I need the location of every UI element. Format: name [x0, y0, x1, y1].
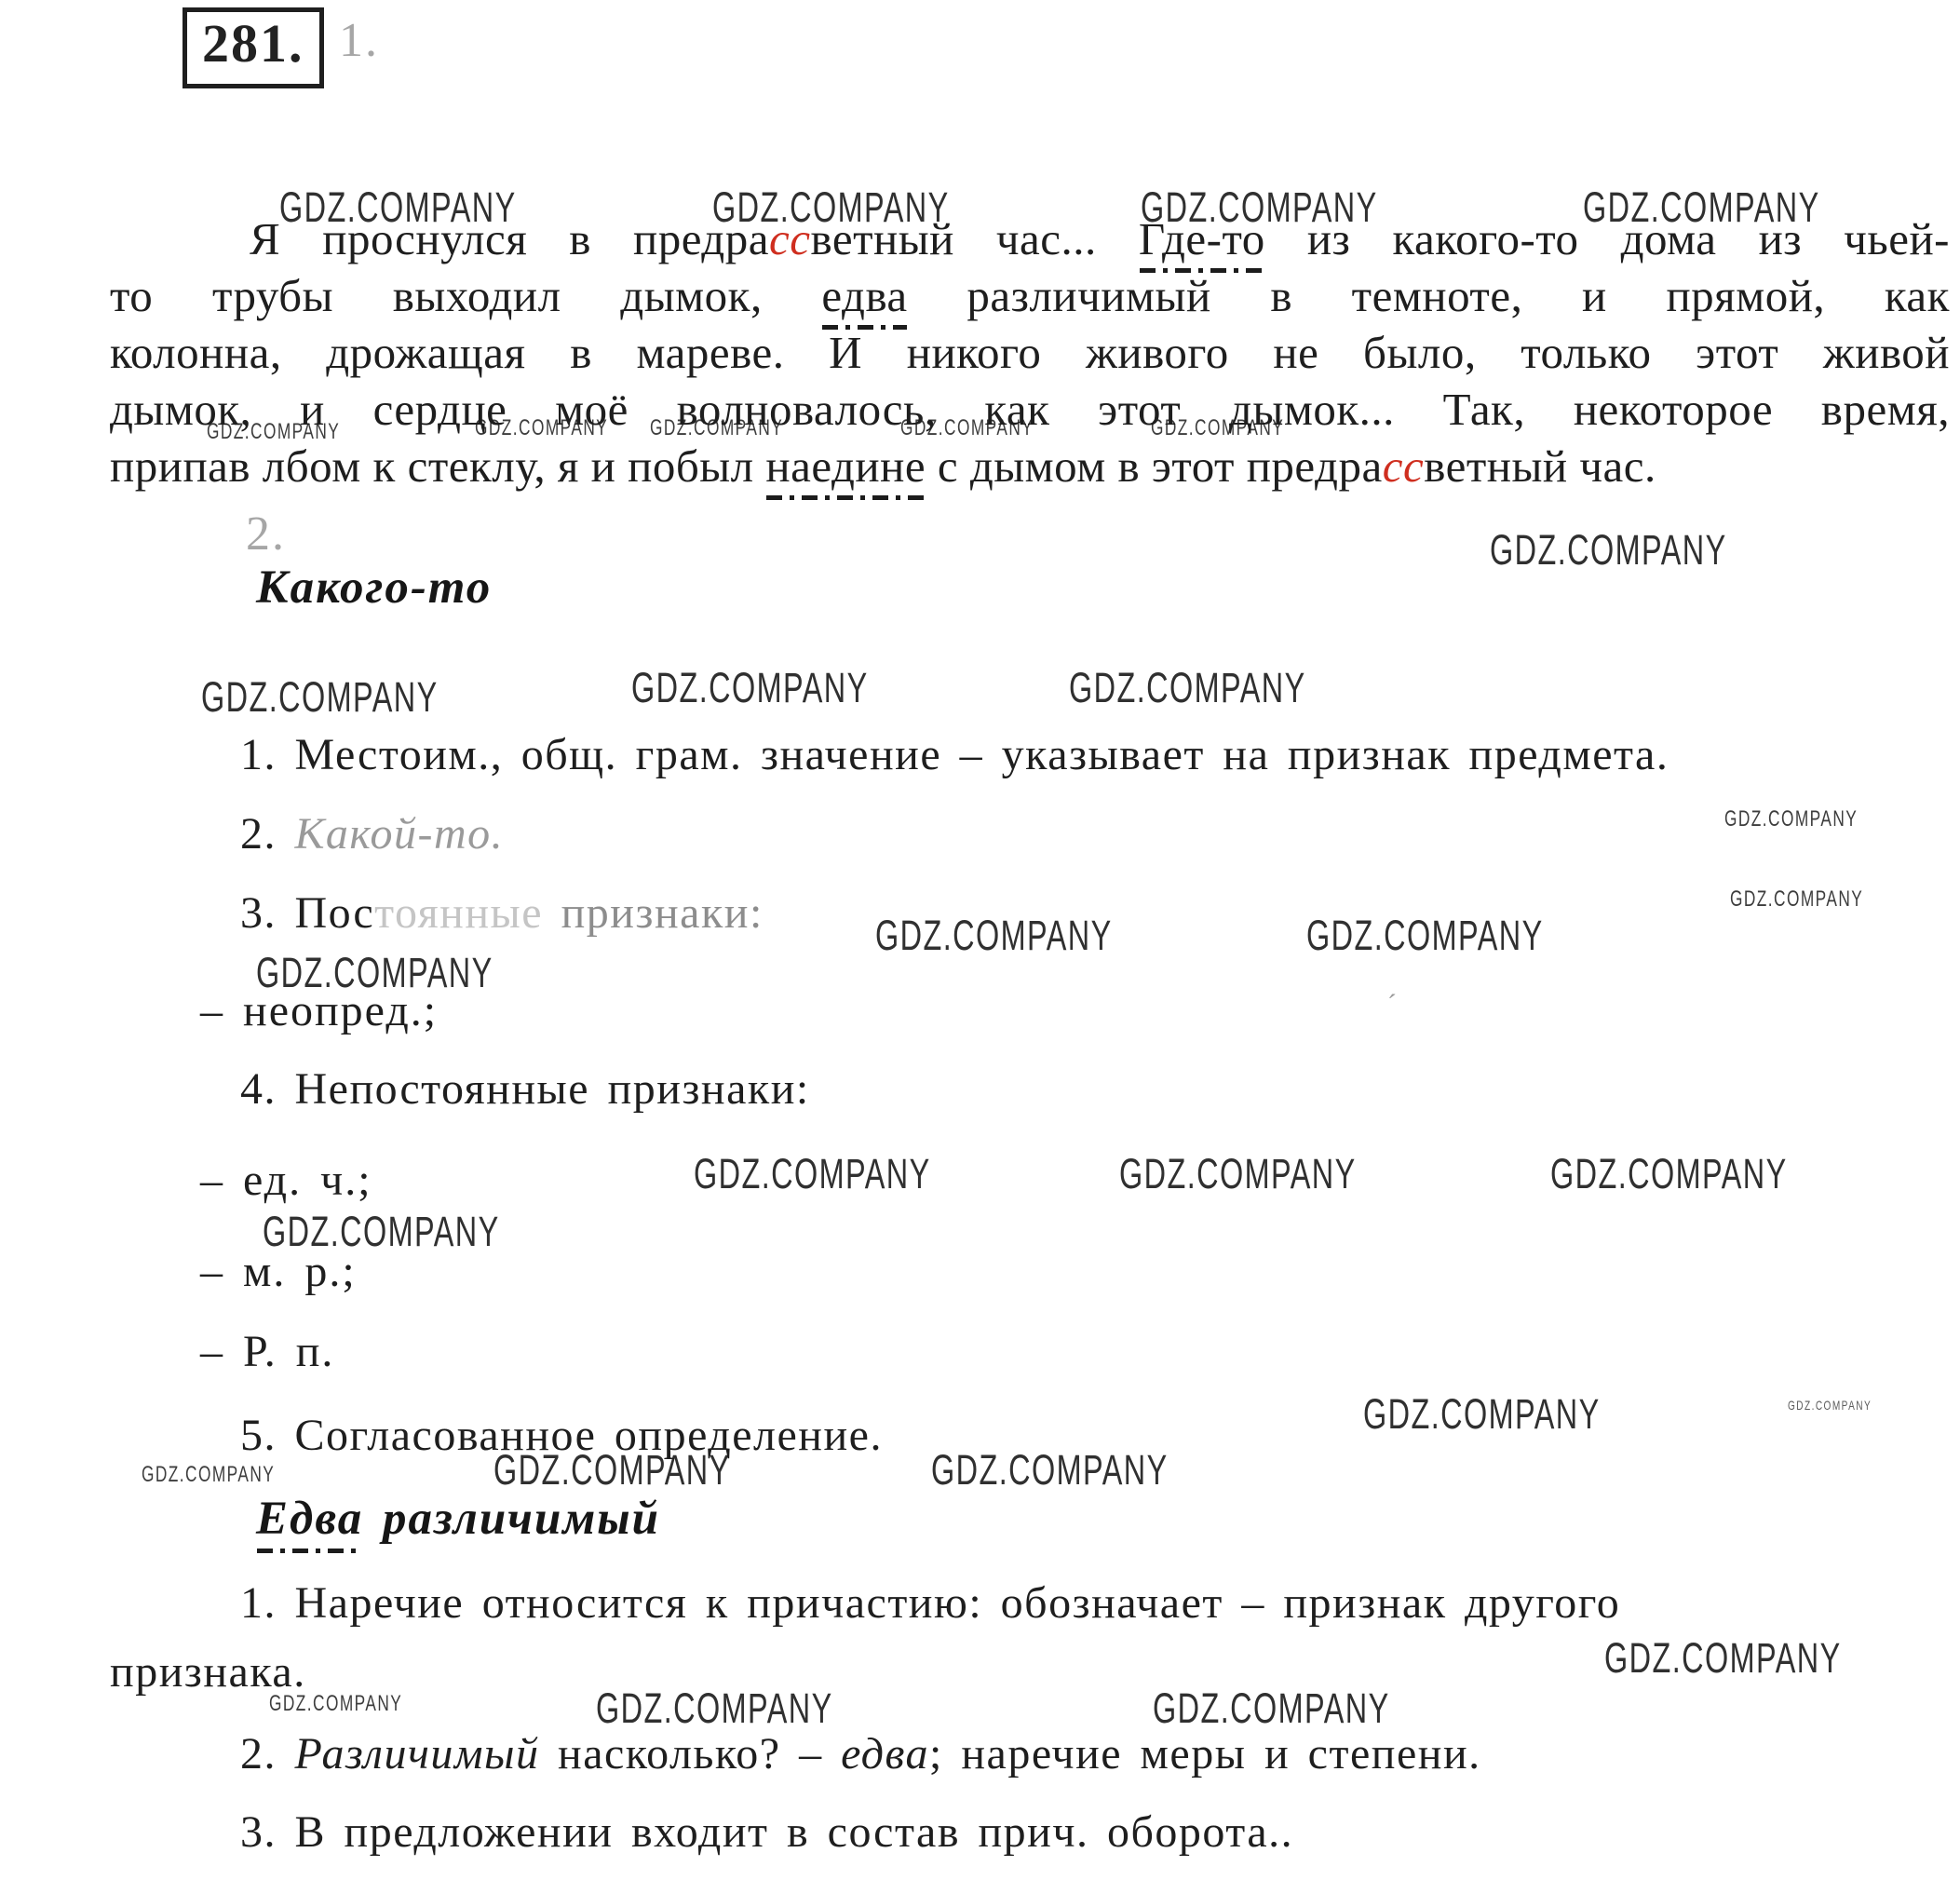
gdz-watermark: GDZ.COMPANY [201, 676, 439, 718]
text-segment: припав лбом к стеклу, я и побыл [110, 440, 765, 492]
source-text-line: припав лбом к стеклу, я и побыл наедине … [110, 438, 1950, 494]
analysis-item-adverb-relation-continuation: признака. [110, 1646, 306, 1697]
gdz-watermark: GDZ.COMPANY [1550, 1153, 1788, 1195]
source-text-line: дымок, и сердце моё волновалось, как это… [110, 381, 1950, 438]
text-segment: то трубы выходил дымок, [110, 270, 821, 321]
text-segment: едва [841, 1729, 929, 1779]
analysis-item-adverb-degree: 2. Различимый насколько? – едва; наречие… [240, 1728, 1481, 1779]
gdz-watermark: GDZ.COMPANY [142, 1464, 275, 1486]
text-segment: ветный час. [1424, 440, 1656, 492]
analysis-item-variable-features: 4. Непостоянные признаки: [240, 1063, 810, 1115]
text-segment: 5. Согласованное определение. [240, 1411, 883, 1460]
gdz-watermark: GDZ.COMPANY [1119, 1153, 1357, 1195]
text-segment: колонна, дрожащая в мареве. И никого жив… [110, 327, 1950, 378]
text-segment: различимый [363, 1493, 660, 1545]
analysis-item-participial-phrase: 3. В предложении входит в состав прич. о… [240, 1806, 1293, 1858]
analysis-subitem-indefinite: – неопред.; [200, 985, 438, 1036]
text-segment: Какой-то. [295, 809, 505, 859]
text-segment: ; наречие меры и степени. [929, 1729, 1481, 1779]
source-text-line: то трубы выходил дымок, едва различимый … [110, 267, 1950, 324]
task-part-1-label: 1. [339, 13, 379, 68]
text-segment: Какого-то [256, 561, 492, 614]
text-segment: – м. р.; [200, 1247, 357, 1296]
text-segment: 2. [240, 1729, 295, 1779]
text-segment: 4. Непостоянные признаки: [240, 1064, 810, 1114]
gdz-watermark: GDZ.COMPANY [931, 1449, 1169, 1491]
text-segment: ветный час... [810, 213, 1138, 264]
text-segment: тоянные [374, 888, 561, 938]
gdz-watermark: GDZ.COMPANY [1490, 529, 1727, 571]
analysis-heading-edva-razlichimy: Едва различимый [256, 1492, 660, 1546]
analysis-item-adverb-relation: 1. Наречие относится к причастию: обозна… [240, 1577, 1620, 1629]
gdz-watermark: GDZ.COMPANY [596, 1687, 833, 1729]
text-segment: сс [1383, 440, 1425, 492]
analysis-item-initial-form: 2. Какой-то. [240, 808, 504, 859]
scan-artifact-mark: ˊ [1387, 989, 1397, 1021]
gdz-watermark: GDZ.COMPANY [631, 667, 869, 709]
gdz-answer-page: 281. 1. GDZ.COMPANY GDZ.COMPANY GDZ.COMP… [0, 0, 1960, 1880]
gdz-watermark: GDZ.COMPANY [1069, 667, 1306, 709]
text-segment: с дымом в этот предра [926, 440, 1383, 492]
analysis-item-constant-features: 3. Постоянные признаки: [240, 887, 764, 939]
text-segment: Где-то [1139, 213, 1265, 264]
gdz-watermark: GDZ.COMPANY [694, 1153, 931, 1195]
exercise-number-box: 281. [182, 7, 324, 88]
text-segment: признака. [110, 1647, 306, 1697]
text-segment: сс [769, 213, 811, 264]
analysis-subitem-masculine: – м. р.; [200, 1246, 357, 1297]
gdz-watermark: GDZ.COMPANY [1730, 888, 1863, 911]
source-text-line: колонна, дрожащая в мареве. И никого жив… [110, 324, 1950, 381]
text-segment: Я проснулся в предра [250, 213, 769, 264]
text-segment: 2. [240, 809, 295, 859]
text-segment: 1. Местоим., общ. грам. значение – указы… [240, 730, 1669, 779]
text-segment: из какого-то дома из чьей- [1265, 213, 1950, 264]
gdz-watermark: GDZ.COMPANY [875, 914, 1113, 956]
gdz-watermark: GDZ.COMPANY [1153, 1687, 1390, 1729]
text-segment: 3. В предложении входит в состав прич. о… [240, 1807, 1293, 1857]
analysis-subitem-singular: – ед. ч.; [200, 1155, 372, 1206]
analysis-item-syntax-role: 5. Согласованное определение. [240, 1410, 883, 1461]
text-segment: дымок, и сердце моё волновалось, как это… [110, 384, 1950, 435]
text-segment: – неопред.; [200, 986, 438, 1035]
gdz-watermark: GDZ.COMPANY [1363, 1393, 1601, 1435]
gdz-watermark: GDZ.COMPANY [1306, 914, 1544, 956]
text-segment: 3. Пос [240, 888, 374, 938]
text-segment: – Р. п. [200, 1327, 334, 1376]
text-segment: Едва [256, 1493, 363, 1545]
source-text-paragraph: Я проснулся в предрассветный час... Где-… [110, 210, 1950, 494]
text-segment: насколько? – [540, 1729, 842, 1779]
text-segment: признаки: [561, 888, 764, 938]
text-segment: – ед. ч.; [200, 1156, 372, 1205]
gdz-watermark: GDZ.COMPANY [1788, 1399, 1872, 1412]
text-segment: различимый в темноте, и прямой, как [908, 270, 1950, 321]
text-segment: Различимый [295, 1729, 540, 1779]
task-part-2-label: 2. [246, 507, 286, 561]
text-segment: наедине [765, 440, 926, 492]
source-text-line: Я проснулся в предрассветный час... Где-… [110, 210, 1950, 267]
text-segment: 1. Наречие относится к причастию: обозна… [240, 1578, 1620, 1628]
analysis-subitem-genitive: – Р. п. [200, 1326, 334, 1377]
gdz-watermark: GDZ.COMPANY [1724, 808, 1858, 831]
analysis-item-general-meaning: 1. Местоим., общ. грам. значение – указы… [240, 729, 1669, 780]
text-segment: едва [821, 270, 907, 321]
gdz-watermark: GDZ.COMPANY [1604, 1637, 1842, 1679]
analysis-heading-kakogo-to: Какого-то [256, 561, 492, 615]
